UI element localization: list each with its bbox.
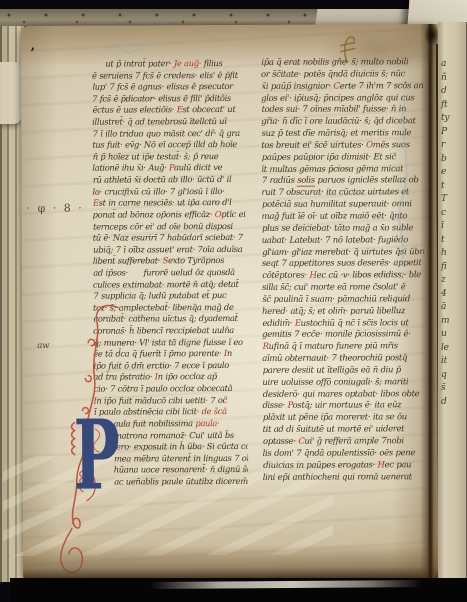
text-line: edidim̄· Eustochiū q̄ nc̄ ī sc̄is locis … — [262, 318, 424, 331]
facing-line-fragment: q — [441, 369, 453, 383]
facing-line-fragment: c — [441, 207, 453, 221]
body-text: silla s̄c̄; cui' morte eā rome c̄solat' … — [262, 282, 405, 293]
facing-line-fragment: ft — [441, 99, 453, 113]
facing-line-fragment: 4 — [441, 288, 453, 302]
facing-page-line-fragments: añdfttyPrbetTcīthfiz4āmuleitqs̄d — [438, 22, 467, 463]
text-line: hered̄· atq̄; s̄; et olim̄· paruū libell… — [262, 306, 424, 319]
facing-line-fragment: d — [441, 396, 453, 410]
text-line: aīmū obternauit· 7 theorochiū postq̄ — [262, 353, 424, 366]
body-text: filius — [201, 58, 222, 68]
text-line: lationē ihu x̄i· Aug̃· Paulū dicit ve — [92, 162, 246, 174]
facing-line-fragment — [441, 436, 453, 450]
body-text: 7 fcs̄ ē p̄dicator· elisus ē fili' p̄dit… — [92, 93, 231, 104]
text-line: or s̄c̄itate· potēs q̄ndā diuiciis s̄; n… — [261, 69, 423, 82]
text-line: optasse· Cui' ḡ refferā ample 7nobi — [263, 436, 425, 449]
body-text: libent̄ sufferebat· — [93, 256, 163, 266]
illuminated-initial-P: P — [52, 302, 133, 602]
body-text: plāxit ut pēne ip̄a moreret̄· ita se ōu — [263, 413, 407, 424]
body-text: 7 supplicia q̄; ludū putabat et̄ puc — [93, 290, 226, 301]
body-text: diuicias in paūpes erogatas· — [263, 460, 377, 470]
body-text: erte 7 ih'm 7 scōs an — [340, 81, 424, 91]
page-corner-underleaf — [0, 62, 22, 124]
body-text: ut p̄ intrat̄ pater· — [105, 58, 174, 68]
manuscript-page: ʼ · φ · 8 · aw ut p̄ intrat̄ pater· Je a… — [21, 24, 438, 582]
body-text: īt multas gēmas p̄ciosa gēma micat — [261, 164, 403, 175]
body-text: optasse· — [263, 437, 298, 447]
text-line: illustret̄· q̄ ad tenebrosū ītellctū uī — [92, 116, 246, 128]
text-line: ēctus ē uas electiōis· Est obcecat' ut — [93, 104, 247, 116]
text-line: tus fuit· ev̄g· Nō eī accep̄ illd ab hoī… — [92, 139, 246, 151]
text-line: uire uoluisse offō coniugali· s̄; mariti — [262, 377, 424, 390]
faint-blue-scribble-icon — [104, 40, 152, 56]
text-line: diuicias in paūpes erogatas· Hec pau — [263, 460, 425, 473]
facing-line-fragment — [441, 423, 453, 437]
body-text: lini ep̄i anthiocheni qui romā uenerat — [263, 472, 412, 483]
text-line: Est in carne nesciēs· ut ip̄a caro d'l — [93, 197, 247, 209]
facing-line-fragment: T — [441, 193, 453, 207]
text-line: ternceps cōr ei' ad oīe bonū disposi — [93, 220, 247, 232]
facing-line-fragment: z — [441, 274, 453, 288]
faint-blue-scribble-icon — [389, 92, 420, 267]
body-text: culices extimabat· mortē n̄ atq̄; detat̄ — [93, 279, 239, 290]
body-text: tū ē· Naz esurirī 7 habūdarī sciebat· 7 — [93, 232, 243, 243]
text-line: 7 fcs̄ ē p̄dicator· elisus ē fili' p̄dit… — [92, 93, 246, 105]
body-text: edidim̄· — [262, 318, 294, 328]
facing-line-fragment: h — [441, 247, 453, 261]
body-text: ēctus ē uas electiōis· — [93, 105, 177, 115]
facing-line-fragment: le — [441, 342, 453, 356]
facing-line-fragment: b — [441, 153, 453, 167]
initial-letter: P — [73, 399, 120, 512]
text-line: silla s̄c̄; cui' morte eā rome c̄solat' … — [262, 282, 424, 295]
text-line: ē seruiens 7 fcs̄ ē credens· elis' ē p̄f… — [92, 70, 246, 82]
body-text: hered̄· atq̄; s̄; et olim̄· paruū libell… — [262, 306, 405, 317]
text-line: libent̄ sufferebat· Sexto Tyrāpnos — [93, 255, 247, 267]
body-text: n — [227, 348, 232, 358]
text-line: tit ad d̄i s̄uitutē ut mortē ei' uideret… — [263, 424, 425, 437]
facing-line-fragment: t — [441, 234, 453, 248]
body-text: 7 radiūs — [262, 176, 297, 186]
manuscript-photo: ʼ · φ · 8 · aw ut p̄ intrat̄ pater· Je a… — [0, 0, 467, 602]
facing-line-fragment — [441, 409, 453, 423]
body-text: mea mēbra ūterent̄ in linguas 7 oīa — [114, 453, 248, 464]
facing-line-fragment: ñ — [441, 72, 453, 86]
text-line: ubiq̄; 7 ī oībz assuet' erat· 7oīa aduīs… — [93, 244, 247, 256]
facing-line-fragment: e — [441, 166, 453, 180]
facing-page-edge: añdfttyPrbetTcīthfiz4āmuleitqs̄d — [438, 22, 467, 582]
facing-line-fragment: t — [441, 180, 453, 194]
body-text: aulū dicit ve — [174, 163, 222, 173]
margin-symbols: · φ · 8 · — [27, 202, 84, 215]
facing-line-fragment: it — [441, 355, 453, 369]
facing-line-fragment: ty — [441, 112, 453, 126]
body-text: tus fuit· ev̄g· Nō eī accep̄ illd ab hoī… — [92, 139, 237, 150]
body-text: exto Tyrāpnos — [168, 255, 224, 265]
body-text: ptīc ei — [221, 209, 245, 219]
facing-line-fragment: m — [441, 315, 453, 329]
body-text: aīmū obternauit· 7 theorochiū postq̄ — [262, 353, 407, 364]
facing-line-fragment: ī — [441, 220, 453, 234]
body-text: ip̄a q̄ erat nobilis gn̄e· s̄; multo nob… — [261, 57, 408, 68]
body-text: ruit 7 obscurat· ita cūctoz uirtutes et — [261, 187, 409, 198]
body-text: ec pau — [385, 460, 412, 470]
body-text: ponat̄ ad bōnoz op̄onis efficāz· — [93, 209, 215, 220]
body-text: hūana uoce resonarent̄· n̄ dignū s̄cē — [114, 464, 248, 475]
text-line: 7 ī illo triduo quo māsit cec' dr̄· q̄ g… — [93, 128, 247, 140]
body-text: gemitis 7 ecc̄e· monile p̄ciosissimū ē· — [262, 330, 410, 341]
facing-line-fragment: a — [441, 58, 453, 72]
body-text: iero· exposuit in h̄ ūba· Si cūcta coris — [114, 441, 248, 452]
facing-line-fragment — [441, 450, 453, 464]
body-text: illustret̄· q̄ ad tenebrosū ītellctū uī — [92, 116, 226, 127]
text-line: 7 supplicia q̄; ludū putabat et̄ puc — [93, 290, 247, 302]
book-gutter — [420, 24, 440, 582]
body-text: lo· crucifixū cū illo· 7 gl'iosū ī illo· — [92, 186, 224, 197]
text-line: plāxit ut pēne ip̄a moreret̄· ita se ōu — [263, 412, 425, 425]
rubric-text: Je aug̃· — [174, 58, 201, 68]
body-text: tos breuit̄ ei' s̄cē uirtutes· — [261, 140, 366, 150]
facing-line-fragment: P — [441, 126, 453, 140]
body-text: n ip̄o occloz ap̄ — [158, 372, 217, 382]
text-line: disse· Postq̄; uir mortuus ē· ita eūz — [262, 401, 424, 414]
text-line: tū ē· Naz esurirī 7 habūdarī sciebat· 7 — [93, 232, 247, 244]
body-text: lis dom' 7 q̄ndā opulentissīō· oēs pene — [263, 448, 415, 459]
body-text: todes sui· 7 oīnes mīabil' fuisse· n̄ in — [262, 105, 407, 116]
body-text: rū athletā x̄i doctū ab illo· ūctū d' il — [93, 174, 231, 185]
margin-tick: ʼ — [30, 46, 35, 62]
facing-line-fragment: d — [441, 85, 453, 99]
text-line: s̄c̄ paulinā ī suam· pāmachiū reliquid — [262, 294, 424, 307]
body-text: 7 ī illo triduo quo māsit cec' dr̄· q̄ g… — [93, 128, 240, 139]
body-text: ustochiū q̄ nc̄ ī sc̄is locis ut — [301, 318, 409, 328]
body-text: x̄i paūp̄ insignior· — [261, 81, 333, 91]
facing-line-fragment: u — [441, 328, 453, 342]
facing-line-fragment: r — [441, 139, 453, 153]
text-line: cōtēptores· Hec cū ·v· libos edidiss;· b… — [262, 270, 424, 283]
body-text: s̄c̄ paulinā ī suam· pāmachiū reliquid — [262, 294, 410, 305]
body-text: mag̃ fuit īē oī· ut oībz maiō eēt· q̄nto — [262, 211, 408, 222]
text-line: desiderō· qui mares optabat· libos obt̄e — [263, 389, 425, 402]
text-line: culices extimabat· mortē n̄ atq̄; detat̄ — [93, 279, 247, 291]
body-text: cōtēptores· — [262, 271, 309, 281]
body-text: tit ad d̄i s̄uitutē ut mortē ei' uideret… — [263, 424, 405, 435]
body-text: ui' ḡ refferā ample 7nobi — [304, 436, 403, 446]
rubric-text: de s̄cā — [202, 406, 227, 416]
body-text: uire uoluisse offō coniugali· s̄; mariti — [262, 377, 408, 388]
text-line: Rufinā q̄ ī maturo funere piū mr̄is — [263, 341, 425, 354]
body-text: parere desiit ut ītelligās eā n̄ diu p̄ — [263, 365, 401, 376]
facing-line-fragment: ā — [441, 301, 453, 315]
text-line: ponat̄ ad bōnoz op̄onis efficāz· Optīc e… — [93, 209, 247, 221]
body-text: ubiq̄; 7 ī oībz assuet' erat· 7oīa aduīs… — [93, 244, 242, 255]
text-line: ad ip̄sos· furorē uelud ōz quosdā — [93, 267, 247, 279]
body-text: desiderō· qui mares optabat· libos obt̄e — [263, 389, 420, 400]
text-line: gemitis 7 ecc̄e· monile p̄ciosissimū ē· — [262, 330, 424, 343]
body-text: ec cū ·v· libos edidiss;· ble — [317, 270, 421, 280]
text-line: n̄ p̄ hoīez ut ip̄e testat̄· s̄; p̄ reue — [93, 151, 247, 163]
facing-line-fragment: fi — [441, 261, 453, 275]
body-text: n̄ p̄ hoīez ut ip̄e testat̄· s̄; p̄ reue — [93, 151, 219, 162]
text-line: ip̄a q̄ erat nobilis gn̄e· s̄; multo nob… — [261, 57, 423, 70]
body-text: st obcecat' ut — [182, 104, 235, 114]
body-text: lationē ihu x̄i· Aug̃· — [92, 163, 169, 173]
body-text: ostq̄; uir mortuus ē· ita eūz — [293, 401, 402, 411]
text-line: lis dom' 7 q̄ndā opulentissīō· oēs pene — [263, 448, 425, 461]
body-text: solis — [297, 176, 315, 187]
body-text: ac uen̄ablis paule ūtutibz dicerem̄· — [114, 476, 248, 487]
text-line: ut p̄ intrat̄ pater· Je aug̃· filius — [92, 58, 246, 70]
text-line: lini ep̄i anthiocheni qui romā uenerat — [263, 472, 425, 485]
body-text: ternceps cōr ei' ad oīe bonū disposi — [93, 221, 233, 232]
text-line: lup' 7 fcs̄ ē agnus· elisus ē psecutor — [92, 81, 246, 93]
facing-line-fragment: s̄ — [441, 382, 453, 396]
body-text: ē seruiens 7 fcs̄ ē credens· elis' ē p̄f… — [92, 70, 238, 81]
text-line: parere desiit ut ītelligās eā n̄ diu p̄ — [263, 365, 425, 378]
text-line: lo· crucifixū cū illo· 7 gl'iosū ī illo· — [92, 186, 246, 198]
margin-note: aw — [37, 341, 49, 351]
body-text: st in carne nesciēs· ut ip̄a caro d'l — [99, 197, 232, 208]
body-text: disse· — [262, 401, 287, 411]
body-text: ad ip̄sos· furorē uelud ōz quosdā — [93, 267, 235, 278]
text-line: rū athletā x̄i doctū ab illo· ūctū d' il — [93, 174, 247, 186]
body-text: or s̄c̄itate· potēs q̄ndā diuiciis s̄; n… — [261, 69, 405, 80]
body-text: lup' 7 fcs̄ ē agnus· elisus ē psecutor — [92, 81, 232, 92]
rubric-text: paula· — [195, 418, 219, 428]
body-text: ufinā q̄ ī maturo funere piū mr̄is — [269, 342, 398, 353]
body-text: uabat̄· Latebat· 7 nō latebat· fugiēdo — [262, 235, 408, 246]
body-text: paūpes paūpior ip̄a dimisit· Et sic̄ — [262, 152, 396, 163]
